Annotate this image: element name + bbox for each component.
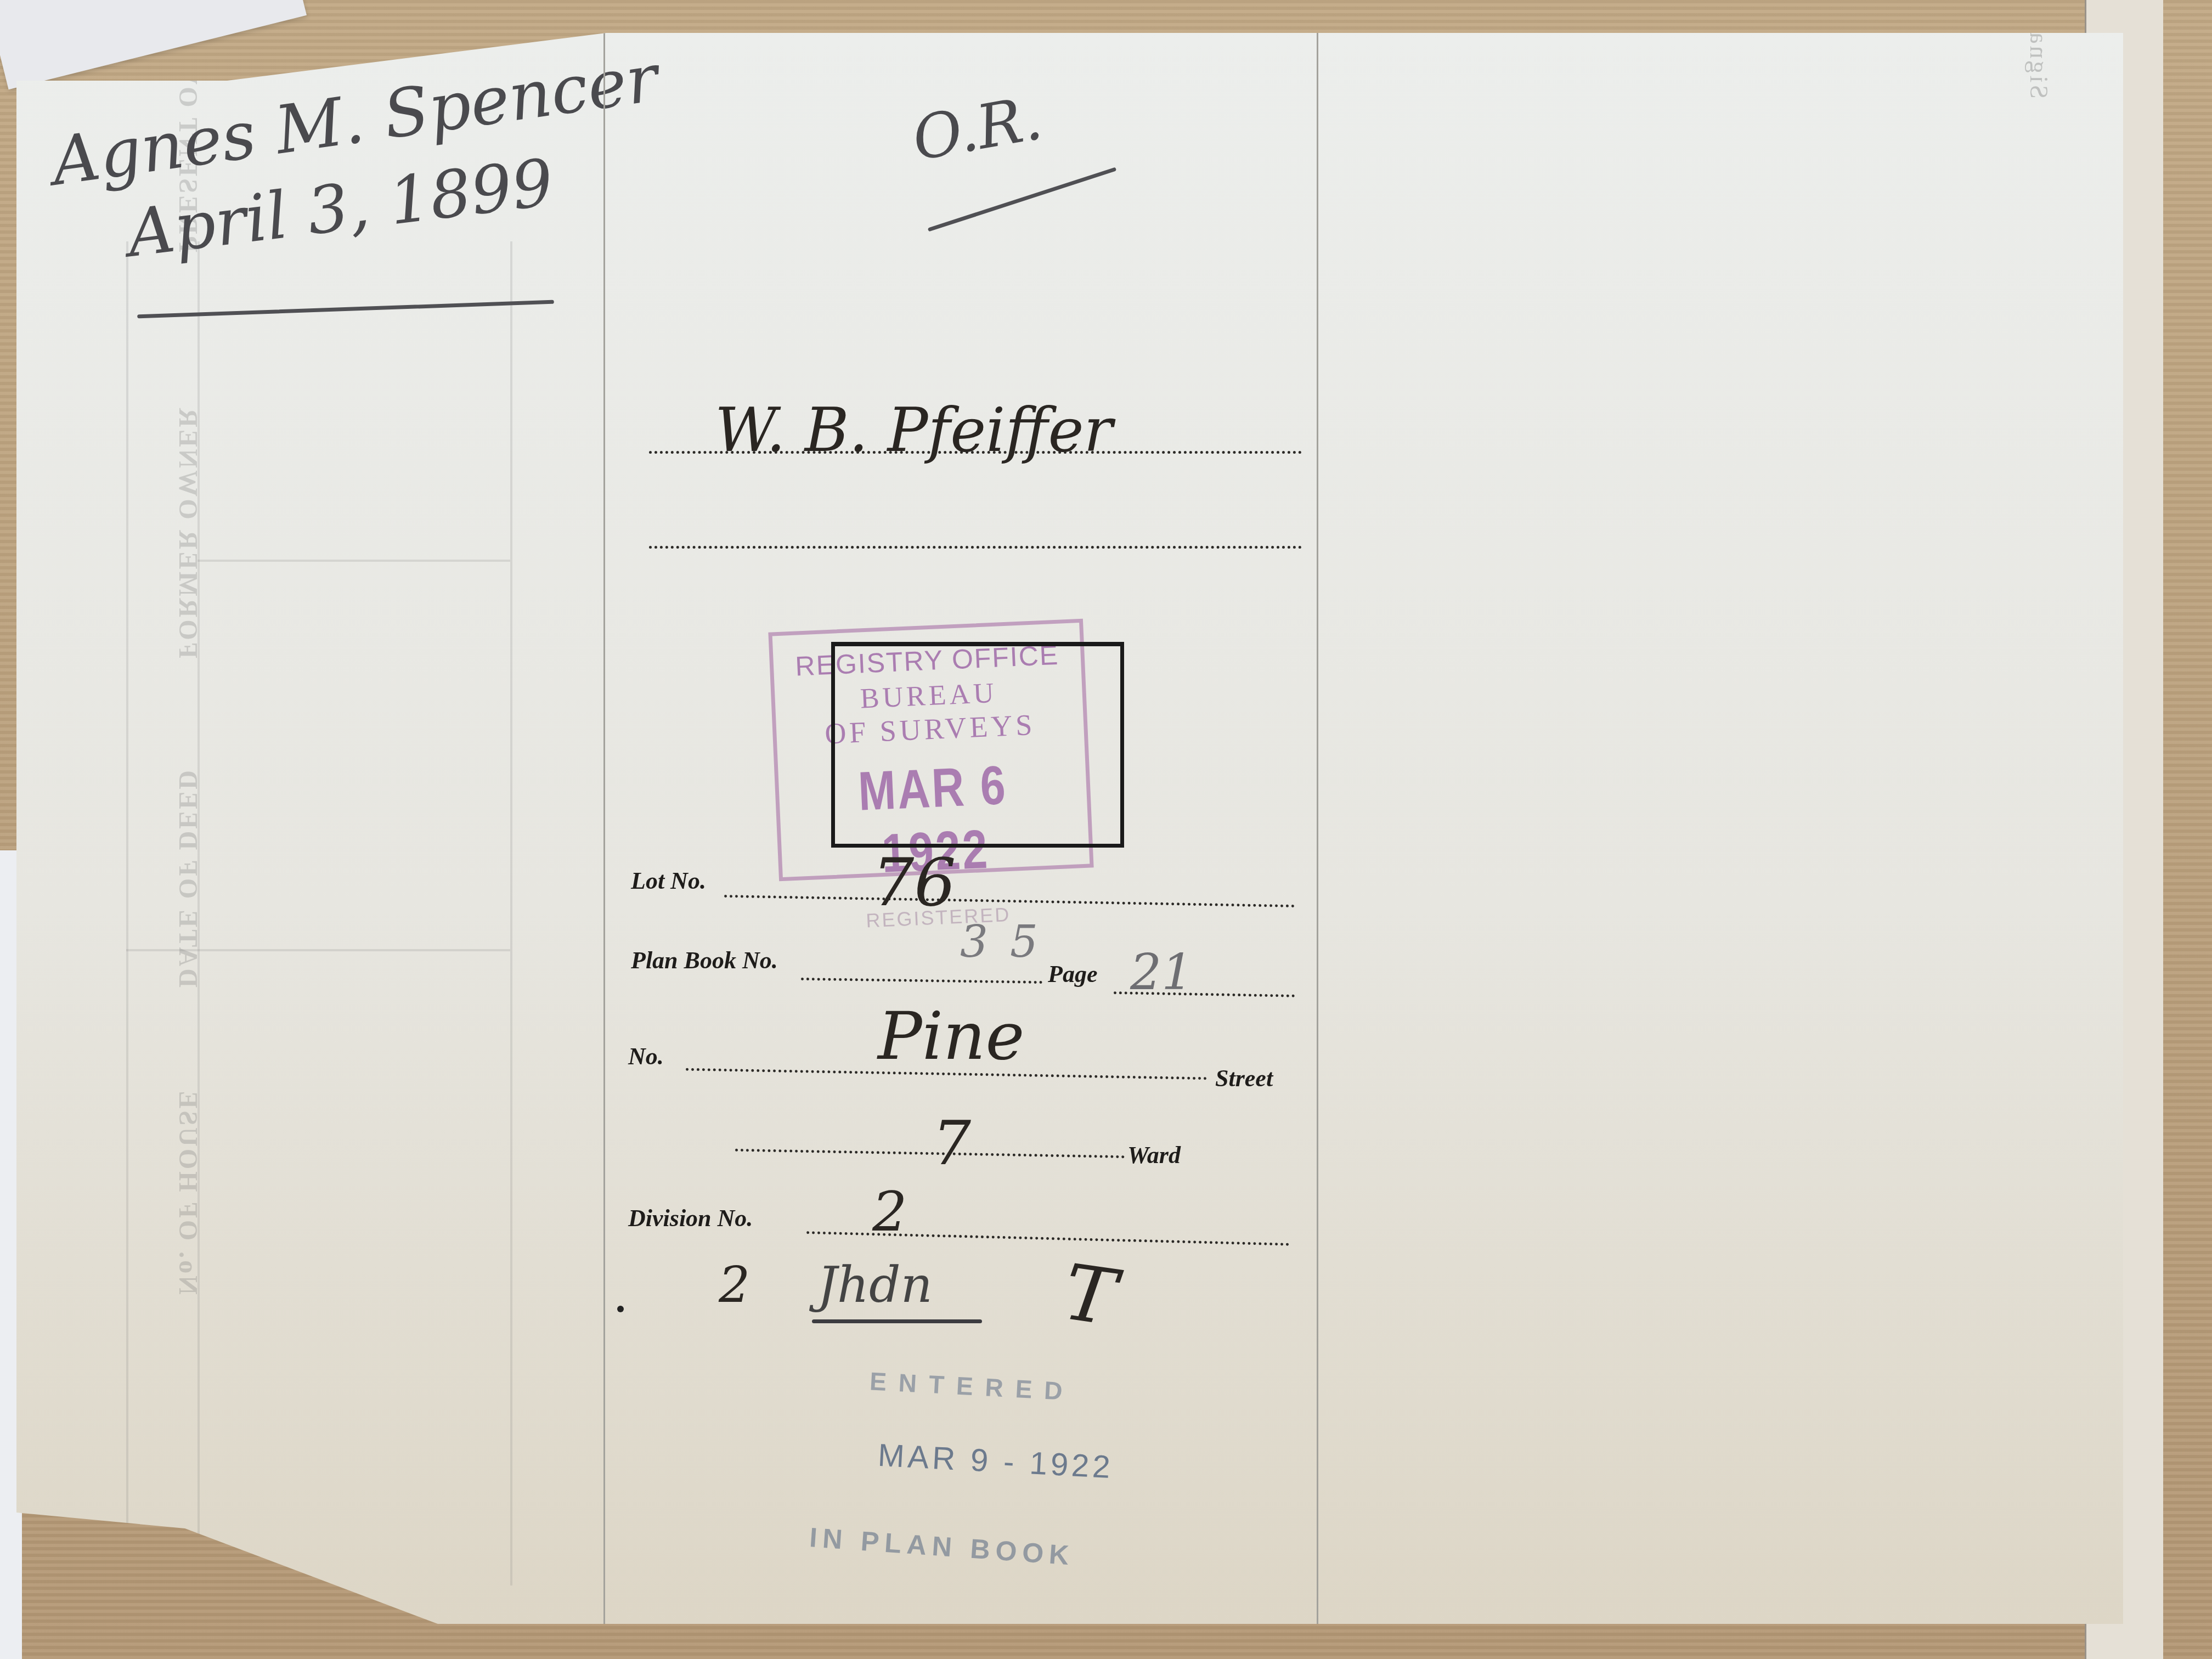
page-value: 21 — [1130, 944, 1193, 1001]
left-panel: PRESENT OWNER FORMER OWNER DATE OF DEED … — [16, 33, 603, 1624]
bleed-heading: DATE OF DEED — [173, 768, 203, 988]
owner-signature: W. B. Pfeiffer — [715, 395, 1113, 465]
bleed-row-rule — [198, 560, 510, 562]
street-value: Pine — [878, 998, 1024, 1075]
right-panel: Signature of owner or agent — [1317, 33, 2125, 1624]
bleed-heading: No. OF HOUSE — [173, 1088, 203, 1295]
division-no-label: Division No. — [628, 1204, 753, 1232]
ink-dot — [617, 1306, 624, 1312]
bleed-column-rule — [510, 241, 512, 1585]
ward-label: Ward — [1127, 1141, 1181, 1169]
ward-value: 7 — [933, 1108, 971, 1178]
plan-book-no-label: Plan Book No. — [631, 946, 778, 974]
annotation-number: 2 — [719, 1256, 750, 1314]
blank-line — [649, 546, 1302, 549]
registry-document: PRESENT OWNER FORMER OWNER DATE OF DEED … — [16, 33, 2123, 1624]
division-no-value: 2 — [872, 1180, 907, 1244]
bleed-heading: FORMER OWNER — [173, 406, 203, 658]
street-label: Street — [1215, 1064, 1273, 1092]
signature-line — [649, 451, 1302, 454]
annotation-initials: Jhdn — [817, 1256, 933, 1314]
black-rectangle-overlay — [831, 642, 1124, 848]
lot-no-label: Lot No. — [631, 867, 706, 895]
lot-no-value: 76 — [872, 845, 956, 921]
page-label: Page — [1048, 960, 1097, 988]
plan-book-no-value: 35 — [960, 916, 1060, 967]
house-no-label: No. — [628, 1042, 664, 1070]
pencil-underline — [137, 300, 554, 319]
annotation-underline — [928, 167, 1117, 232]
top-annotation: O.R. — [907, 82, 1047, 174]
bleed-column-rule — [126, 241, 128, 1585]
initials-underline — [812, 1319, 982, 1323]
